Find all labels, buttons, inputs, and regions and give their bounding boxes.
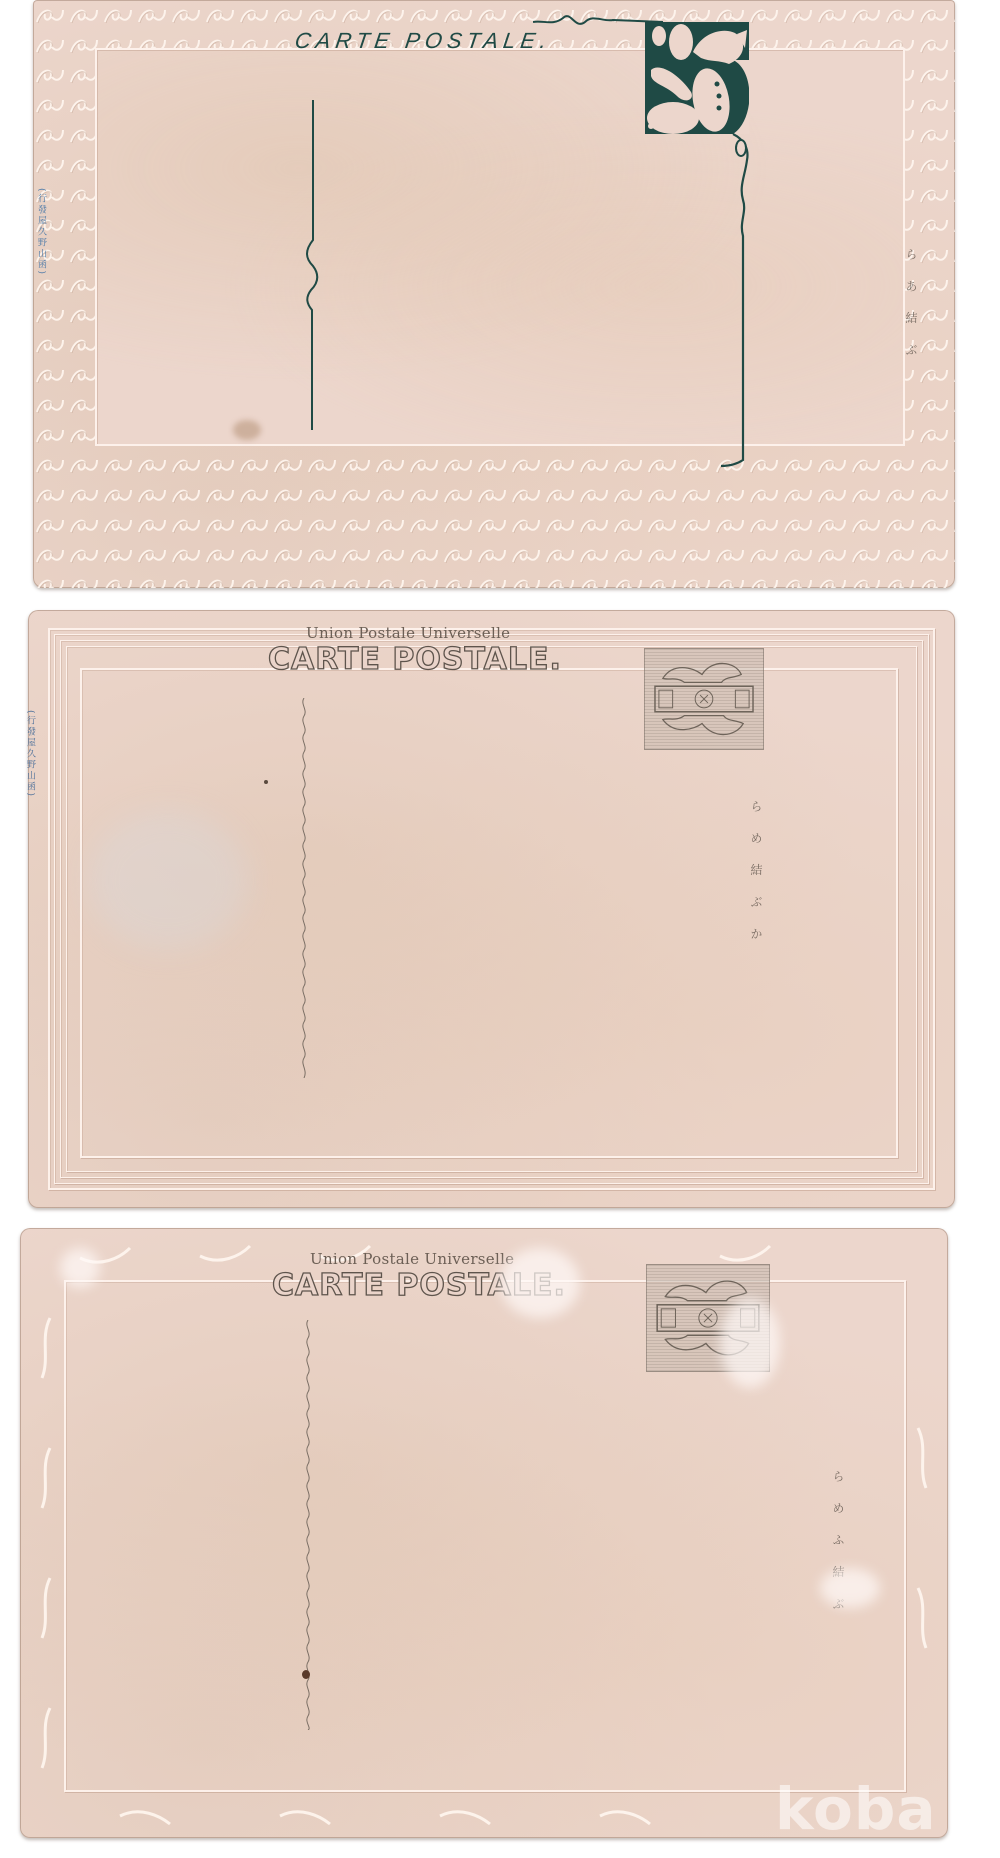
paper-wear: [60, 1248, 100, 1288]
paper-wear: [820, 1568, 880, 1608]
art-nouveau-stamp-ornament: [533, 0, 763, 470]
stain: [264, 780, 268, 784]
postcard-1: CARTE POSTALE. (行發屋久野山函) ら あ 結 ぶ: [33, 0, 955, 588]
stain: [233, 420, 261, 440]
printed-stamp-box: [644, 648, 764, 750]
handwritten-note: ら あ 結 ぶ: [903, 248, 920, 363]
watermark: koba: [775, 1775, 937, 1843]
paper-wear: [720, 1298, 780, 1388]
lion-pillar-stamp-icon: [645, 649, 763, 749]
publisher-caption: (行發屋久野山函): [24, 710, 37, 798]
divider-line: [296, 698, 312, 1078]
publisher-caption: (行發屋久野山函): [35, 188, 48, 276]
address-area: [95, 48, 905, 446]
postcard-3: Union Postale Universelle CARTE POSTALE.…: [20, 1228, 948, 1838]
paper-wear: [500, 1248, 580, 1318]
address-area: [64, 1280, 906, 1792]
divider-line: [301, 100, 321, 430]
card-title: CARTE POSTALE.: [268, 642, 562, 677]
stain: [88, 810, 248, 950]
upu-header: Union Postale Universelle: [306, 624, 510, 642]
handwritten-note: ら め 結 ぶ か: [748, 800, 765, 947]
card-title: CARTE POSTALE.: [293, 28, 553, 54]
divider-line: [300, 1320, 316, 1730]
stain: [302, 1670, 310, 1679]
postcard-2: Union Postale Universelle CARTE POSTALE.…: [28, 610, 955, 1208]
upu-header: Union Postale Universelle: [310, 1250, 514, 1268]
